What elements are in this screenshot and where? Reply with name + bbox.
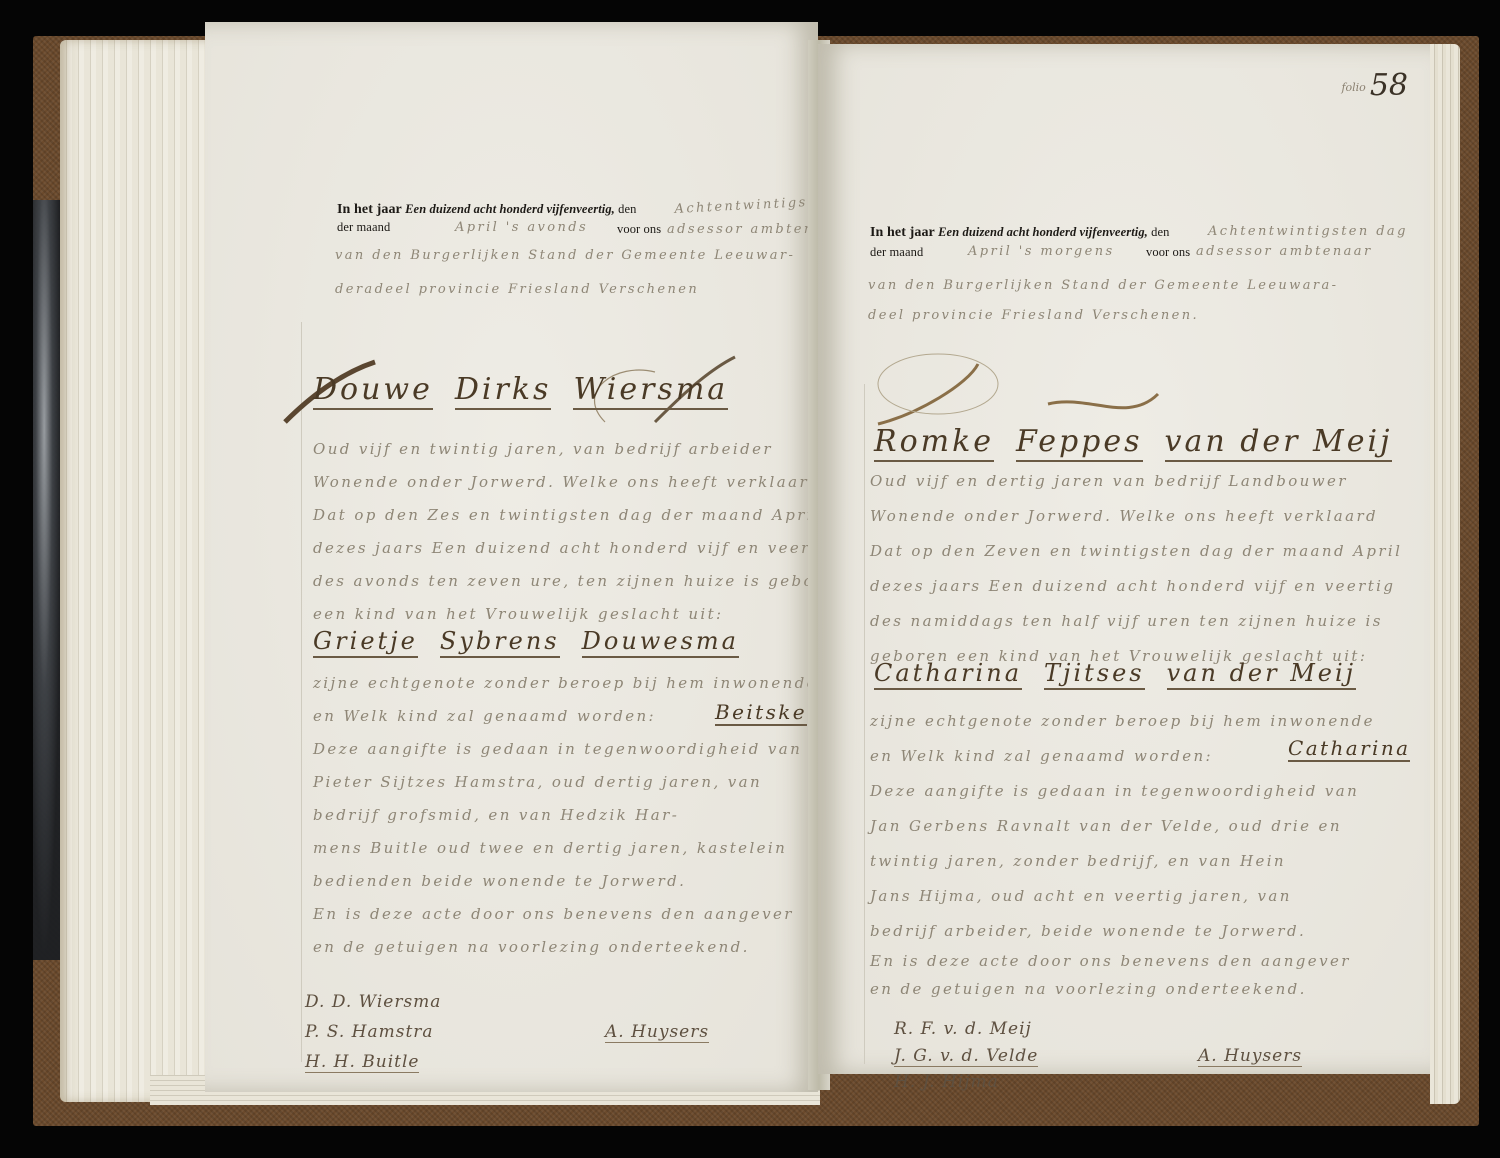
body-line: zijne echtgenote zonder beroep bij hem i… bbox=[313, 674, 818, 692]
body-line: Wonende onder Jorwerd. Welke ons heeft v… bbox=[313, 473, 821, 491]
month-fill: April 's morgens bbox=[968, 244, 1115, 259]
body-line: zijne echtgenote zonder beroep bij hem i… bbox=[870, 712, 1375, 730]
body-line: Deze aangifte is gedaan in tegenwoordigh… bbox=[870, 782, 1359, 800]
signature-witness-1: P. S. Hamstra bbox=[305, 1022, 434, 1042]
body-line: En is deze acte door ons benevens den aa… bbox=[313, 905, 794, 923]
header-line-3: van den Burgerlijken Stand der Gemeente … bbox=[868, 278, 1338, 293]
body-line: twintig jaren, zonder bedrijf, en van He… bbox=[870, 852, 1286, 870]
declarant-name: DouweDirksWiersma bbox=[313, 372, 750, 410]
body-line: Dat op den Zes en twintigsten dag der ma… bbox=[313, 506, 821, 524]
body-line: Jan Gerbens Ravnalt van der Velde, oud d… bbox=[870, 817, 1342, 835]
day-fill: Achtentwintigsten dag bbox=[1208, 224, 1408, 239]
body-line: Oud vijf en dertig jaren van bedrijf Lan… bbox=[870, 472, 1348, 490]
body-line: des namiddags ten half vijf uren ten zij… bbox=[870, 612, 1383, 630]
body-line: en Welk kind zal genaamd worden: bbox=[870, 747, 1213, 765]
signature-official: A. Huysers bbox=[1198, 1046, 1302, 1067]
body-line: Oud vijf en twintig jaren, van bedrijf a… bbox=[313, 440, 773, 458]
body-line: een kind van het Vrouwelijk geslacht uit… bbox=[313, 605, 724, 623]
body-line: des avonds ten zeven ure, ten zijnen hui… bbox=[313, 572, 848, 590]
folio-number: folio58 bbox=[1341, 68, 1408, 103]
header-line-4: deradeel provincie Friesland Verschenen bbox=[335, 282, 699, 297]
body-line: bedrijf grofsmid, en van Hedzik Har- bbox=[313, 806, 679, 824]
right-page: folio58 In het jaar Een duizend acht hon… bbox=[818, 44, 1430, 1074]
signature-witness-2: H. J. Hijma bbox=[894, 1072, 999, 1092]
body-line: En is deze acte door ons benevens den aa… bbox=[870, 952, 1351, 970]
printed-voor-ons: voor ons bbox=[617, 222, 661, 237]
marbled-endpaper bbox=[33, 200, 61, 960]
signature-witness-2: H. H. Buitle bbox=[305, 1052, 419, 1073]
child-name: Beitske bbox=[715, 700, 807, 726]
body-line: Deze aangifte is gedaan in tegenwoordigh… bbox=[313, 740, 802, 758]
margin-rule bbox=[301, 322, 302, 1062]
right-page-stack bbox=[1430, 44, 1460, 1104]
left-page: In het jaar Een duizend acht honderd vij… bbox=[205, 22, 818, 1092]
month-fill: April 's avonds bbox=[455, 220, 588, 235]
official-fill: adsessor ambtenaar bbox=[1196, 244, 1373, 259]
body-line: bedrijf arbeider, beide wonende te Jorwe… bbox=[870, 922, 1306, 940]
body-line: Dat op den Zeven en twintigsten dag der … bbox=[870, 542, 1402, 560]
printed-line-1: In het jaar Een duizend acht honderd vij… bbox=[337, 202, 637, 218]
signature-official: A. Huysers bbox=[605, 1022, 709, 1043]
body-line: Jans Hijma, oud acht en veertig jaren, v… bbox=[870, 887, 1292, 905]
printed-voor-ons: voor ons bbox=[1146, 245, 1190, 260]
printed-line-2: der maand bbox=[870, 245, 923, 260]
child-name: Catharina bbox=[1288, 736, 1410, 762]
body-line: Pieter Sijtzes Hamstra, oud dertig jaren… bbox=[313, 773, 762, 791]
body-line: en de getuigen na voorlezing onderteeken… bbox=[870, 980, 1307, 998]
header-line-4: deel provincie Friesland Verschenen. bbox=[868, 308, 1199, 323]
declarant-name: RomkeFeppesvan der Meij bbox=[874, 424, 1414, 462]
printed-line-1: In het jaar Een duizend acht honderd vij… bbox=[870, 225, 1170, 241]
header-line-3: van den Burgerlijken Stand der Gemeente … bbox=[335, 248, 795, 263]
margin-rule bbox=[864, 384, 865, 1064]
printed-line-2: der maand bbox=[337, 220, 390, 235]
name-flourish bbox=[858, 344, 1178, 434]
signature-declarant: R. F. v. d. Meij bbox=[894, 1019, 1032, 1039]
body-line: dezes jaars Een duizend acht honderd vij… bbox=[313, 539, 838, 557]
body-line: en de getuigen na voorlezing onderteeken… bbox=[313, 938, 750, 956]
body-line: dezes jaars Een duizend acht honderd vij… bbox=[870, 577, 1395, 595]
body-line: mens Buitle oud twee en dertig jaren, ka… bbox=[313, 839, 787, 857]
body-line: Wonende onder Jorwerd. Welke ons heeft v… bbox=[870, 507, 1378, 525]
signature-witness-1: J. G. v. d. Velde bbox=[894, 1046, 1038, 1067]
mother-name: CatharinaTjitsesvan der Meij bbox=[874, 659, 1378, 690]
signature-declarant: D. D. Wiersma bbox=[305, 992, 441, 1012]
mother-name: GrietjeSybrensDouwesma bbox=[313, 627, 761, 658]
body-line: en Welk kind zal genaamd worden: bbox=[313, 707, 656, 725]
body-line: bedienden beide wonende te Jorwerd. bbox=[313, 872, 686, 890]
